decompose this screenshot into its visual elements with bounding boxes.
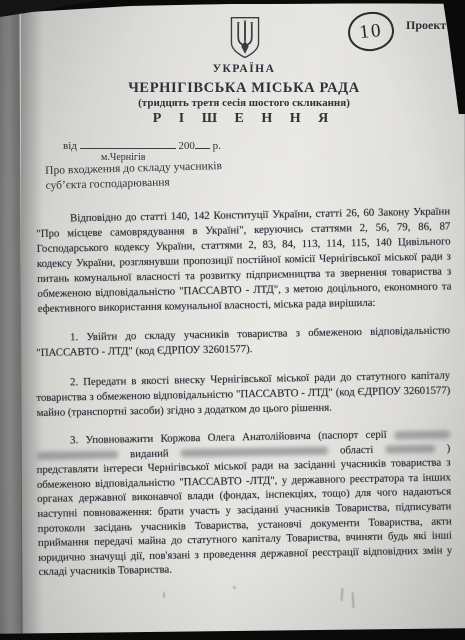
date-line: від 200 р. xyxy=(63,138,221,152)
redaction-blur xyxy=(36,451,118,461)
session-line: (тридцять третя сесія шостого скликання) xyxy=(30,97,458,109)
decision-document: 10 Проект УКРАЇНА ЧЕРНІГІВСЬКА МІСЬКА РА… xyxy=(0,0,465,640)
handwritten-page-number: 10 xyxy=(346,10,396,54)
resolution-item-1: 1. Увійти до складу учасників товариства… xyxy=(36,323,450,361)
resolution-item-3: 3. Уповноважити Коржова Олега Анатолійов… xyxy=(36,426,453,579)
top-right-annotations: 10 Проект xyxy=(348,10,458,56)
pencil-mark xyxy=(163,592,165,598)
redaction-blur xyxy=(385,445,435,454)
pencil-mark xyxy=(341,588,344,601)
date-prefix: від xyxy=(63,140,77,152)
intro-paragraph: Відповідно до статті 140, 142 Конституці… xyxy=(36,204,452,317)
country-name: УКРАЇНА xyxy=(30,63,458,75)
resolution-item-2: 2. Передати в якості внеску Чернігівсько… xyxy=(36,368,451,421)
ukraine-trident-icon xyxy=(227,16,263,60)
document-photo: 10 Проект УКРАЇНА ЧЕРНІГІВСЬКА МІСЬКА РА… xyxy=(0,0,465,640)
council-name: ЧЕРНІГІВСЬКА МІСЬКА РАДА xyxy=(30,80,458,97)
decision-title: Р І Ш Е Н Н Я xyxy=(30,111,458,127)
date-century: 200 xyxy=(178,140,195,152)
draft-label: Проект xyxy=(406,18,446,33)
item3-text: виданий xyxy=(130,447,169,460)
subject-title: Про входження до складу учасників суб’єк… xyxy=(45,159,223,194)
redaction-blur xyxy=(180,447,328,458)
year-blank xyxy=(195,138,210,149)
item3-text: ) представляти інтереси Чернігівської мі… xyxy=(37,442,453,578)
redaction-blur xyxy=(394,430,450,439)
pencil-mark xyxy=(233,586,236,589)
item3-text: області xyxy=(340,443,374,456)
date-suffix: р. xyxy=(213,140,221,152)
date-blank xyxy=(80,138,176,149)
pencil-mark xyxy=(352,592,355,608)
page-number-text: 10 xyxy=(358,19,383,43)
